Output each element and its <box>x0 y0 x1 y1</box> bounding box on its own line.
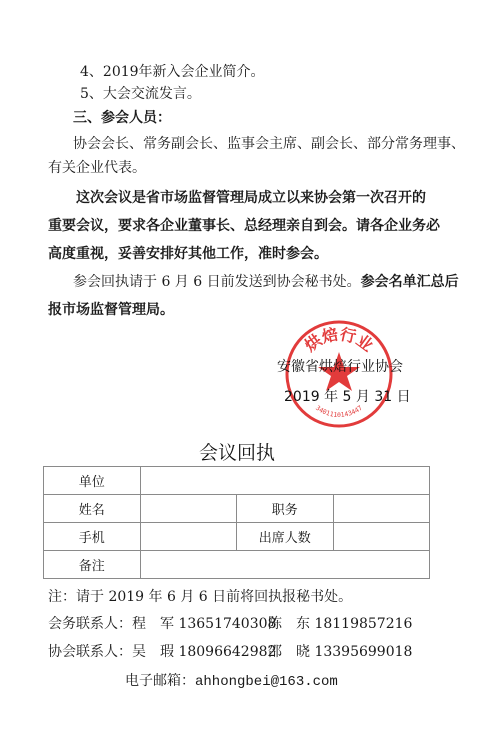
reply-instruction: 参会回执请于 6 月 6 日前发送到协会秘书处。 <box>73 274 361 290</box>
signature-date: 2019 年 5 月 31 日 <box>284 388 411 406</box>
reply-line-1: 参会回执请于 6 月 6 日前发送到协会秘书处。参会名单汇总后 <box>73 272 459 292</box>
reply-summary: 参会名单汇总后 <box>361 274 459 290</box>
svg-text:3401110143447: 3401110143447 <box>314 404 364 419</box>
meeting-contacts-label: 会务联系人： <box>48 616 132 632</box>
email-row: 电子邮箱：ahhongbei@163.com <box>125 671 338 692</box>
form-title: 会议回执 <box>0 441 474 465</box>
contact-name: 程 军 <box>132 616 174 632</box>
contact-phone: 18096642982 <box>178 644 276 660</box>
notice-line-3: 高度重视，妥善安排好其他工作，准时参会。 <box>48 244 328 264</box>
form-row-company: 单位 <box>44 467 430 495</box>
label-position: 职务 <box>236 495 333 523</box>
contact-phone: 18119857216 <box>314 616 412 632</box>
notice-line-2: 重要会议，要求各企业董事长、总经理亲自到会。请各企业务必 <box>48 216 440 236</box>
label-remarks: 备注 <box>44 551 141 579</box>
footer-note: 注：请于 2019 年 6 月 6 日前将回执报秘书处。 <box>48 587 352 607</box>
form-row-phone: 手机 出席人数 <box>44 523 430 551</box>
remarks-field[interactable] <box>140 551 429 579</box>
label-phone: 手机 <box>44 523 141 551</box>
form-row-remarks: 备注 <box>44 551 430 579</box>
contact-name: 邵 晓 <box>268 644 310 660</box>
label-name: 姓名 <box>44 495 141 523</box>
email-label: 电子邮箱： <box>125 673 195 689</box>
association-contact-2: 邵 晓 13395699018 <box>268 642 412 662</box>
meeting-contact-2: 陈 东 18119857216 <box>268 614 412 634</box>
position-field[interactable] <box>333 495 429 523</box>
meeting-contacts-row: 会务联系人：程 军 13651740308 <box>48 614 276 634</box>
phone-field[interactable] <box>140 523 236 551</box>
notice-line-1: 这次会议是省市场监督管理局成立以来协会第一次召开的 <box>76 188 426 208</box>
contact-name: 陈 东 <box>268 616 310 632</box>
company-field[interactable] <box>140 467 429 495</box>
contact-phone: 13395699018 <box>314 644 412 660</box>
reply-line-2: 报市场监督管理局。 <box>48 300 174 320</box>
association-contacts-label: 协会联系人： <box>48 644 132 660</box>
label-attendee-count: 出席人数 <box>236 523 333 551</box>
attendees-text-line-2: 有关企业代表。 <box>48 158 146 178</box>
reply-form-table: 单位 姓名 职务 手机 出席人数 备注 <box>43 466 430 579</box>
contact-name: 吴 瑕 <box>132 644 174 660</box>
label-company: 单位 <box>44 467 141 495</box>
association-contacts-row: 协会联系人：吴 瑕 18096642982 <box>48 642 276 662</box>
contact-phone: 13651740308 <box>178 616 276 632</box>
signature-organization: 安徽省烘焙行业协会 <box>277 358 403 376</box>
email-link[interactable]: ahhongbei@163.com <box>195 674 338 690</box>
attendee-count-field[interactable] <box>333 523 429 551</box>
attendees-text-line-1: 协会会长、常务副会长、监事会主席、副会长、部分常务理事、 <box>73 134 465 154</box>
agenda-item-5: 5、大会交流发言。 <box>80 84 201 104</box>
agenda-item-4: 4、2019年新入会企业简介。 <box>80 62 265 82</box>
section-heading-attendees: 三、参会人员： <box>73 108 171 128</box>
form-row-name: 姓名 职务 <box>44 495 430 523</box>
name-field[interactable] <box>140 495 236 523</box>
